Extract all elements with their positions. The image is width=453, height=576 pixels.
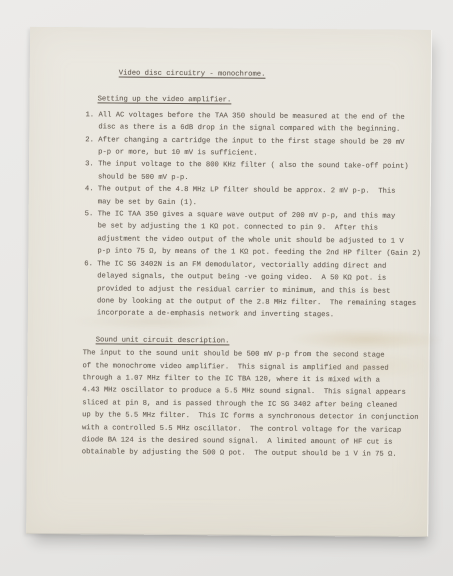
- item-line: The input voltage to the 800 KHz filter …: [98, 161, 409, 171]
- list-item: 5.The IC TAA 350 gives a square wave out…: [84, 208, 429, 260]
- item-number: 3.: [85, 159, 98, 172]
- item-line: incorporate a de-emphasis network and in…: [84, 308, 429, 323]
- paragraph-line: obtainable by adjusting the 500 Ω pot. T…: [82, 447, 428, 462]
- document-title: Video disc circuitry - monochrome.: [119, 68, 431, 83]
- list-item: 2.After changing a cartridge the input t…: [85, 134, 430, 162]
- item-line: All AC voltages before the TAA 350 shoul…: [98, 111, 404, 121]
- document-page: Video disc circuitry - monochrome. Setti…: [26, 27, 432, 537]
- item-number: 1.: [85, 109, 98, 122]
- sound-section-paragraph: The input to the sound unit should be 50…: [82, 347, 429, 461]
- item-line: The output of the 4.8 MHz LP filter shou…: [98, 186, 396, 196]
- list-item: 3.The input voltage to the 800 KHz filte…: [85, 159, 430, 187]
- item-number: 6.: [84, 258, 97, 271]
- item-line: After changing a cartridge the input to …: [98, 136, 404, 146]
- item-number: 5.: [85, 208, 98, 221]
- item-line: The IC TAA 350 gives a square wave outpu…: [98, 210, 396, 220]
- photo-background: Video disc circuitry - monochrome. Setti…: [0, 0, 453, 576]
- item-line: The IC SG 3402N is an FM demodulator, ve…: [97, 260, 386, 270]
- sound-section-heading: Sound unit circuit description.: [96, 334, 429, 349]
- numbered-list: 1.All AC voltages before the TAA 350 sho…: [84, 109, 431, 323]
- list-item: 1.All AC voltages before the TAA 350 sho…: [85, 109, 430, 137]
- item-number: 4.: [85, 184, 98, 197]
- list-item: 4.The output of the 4.8 MHz LP filter sh…: [85, 184, 430, 212]
- item-number: 2.: [85, 134, 98, 147]
- list-item: 6.The IC SG 3402N is an FM demodulator, …: [84, 258, 429, 323]
- video-section-heading: Setting up the video amplifier.: [98, 94, 431, 109]
